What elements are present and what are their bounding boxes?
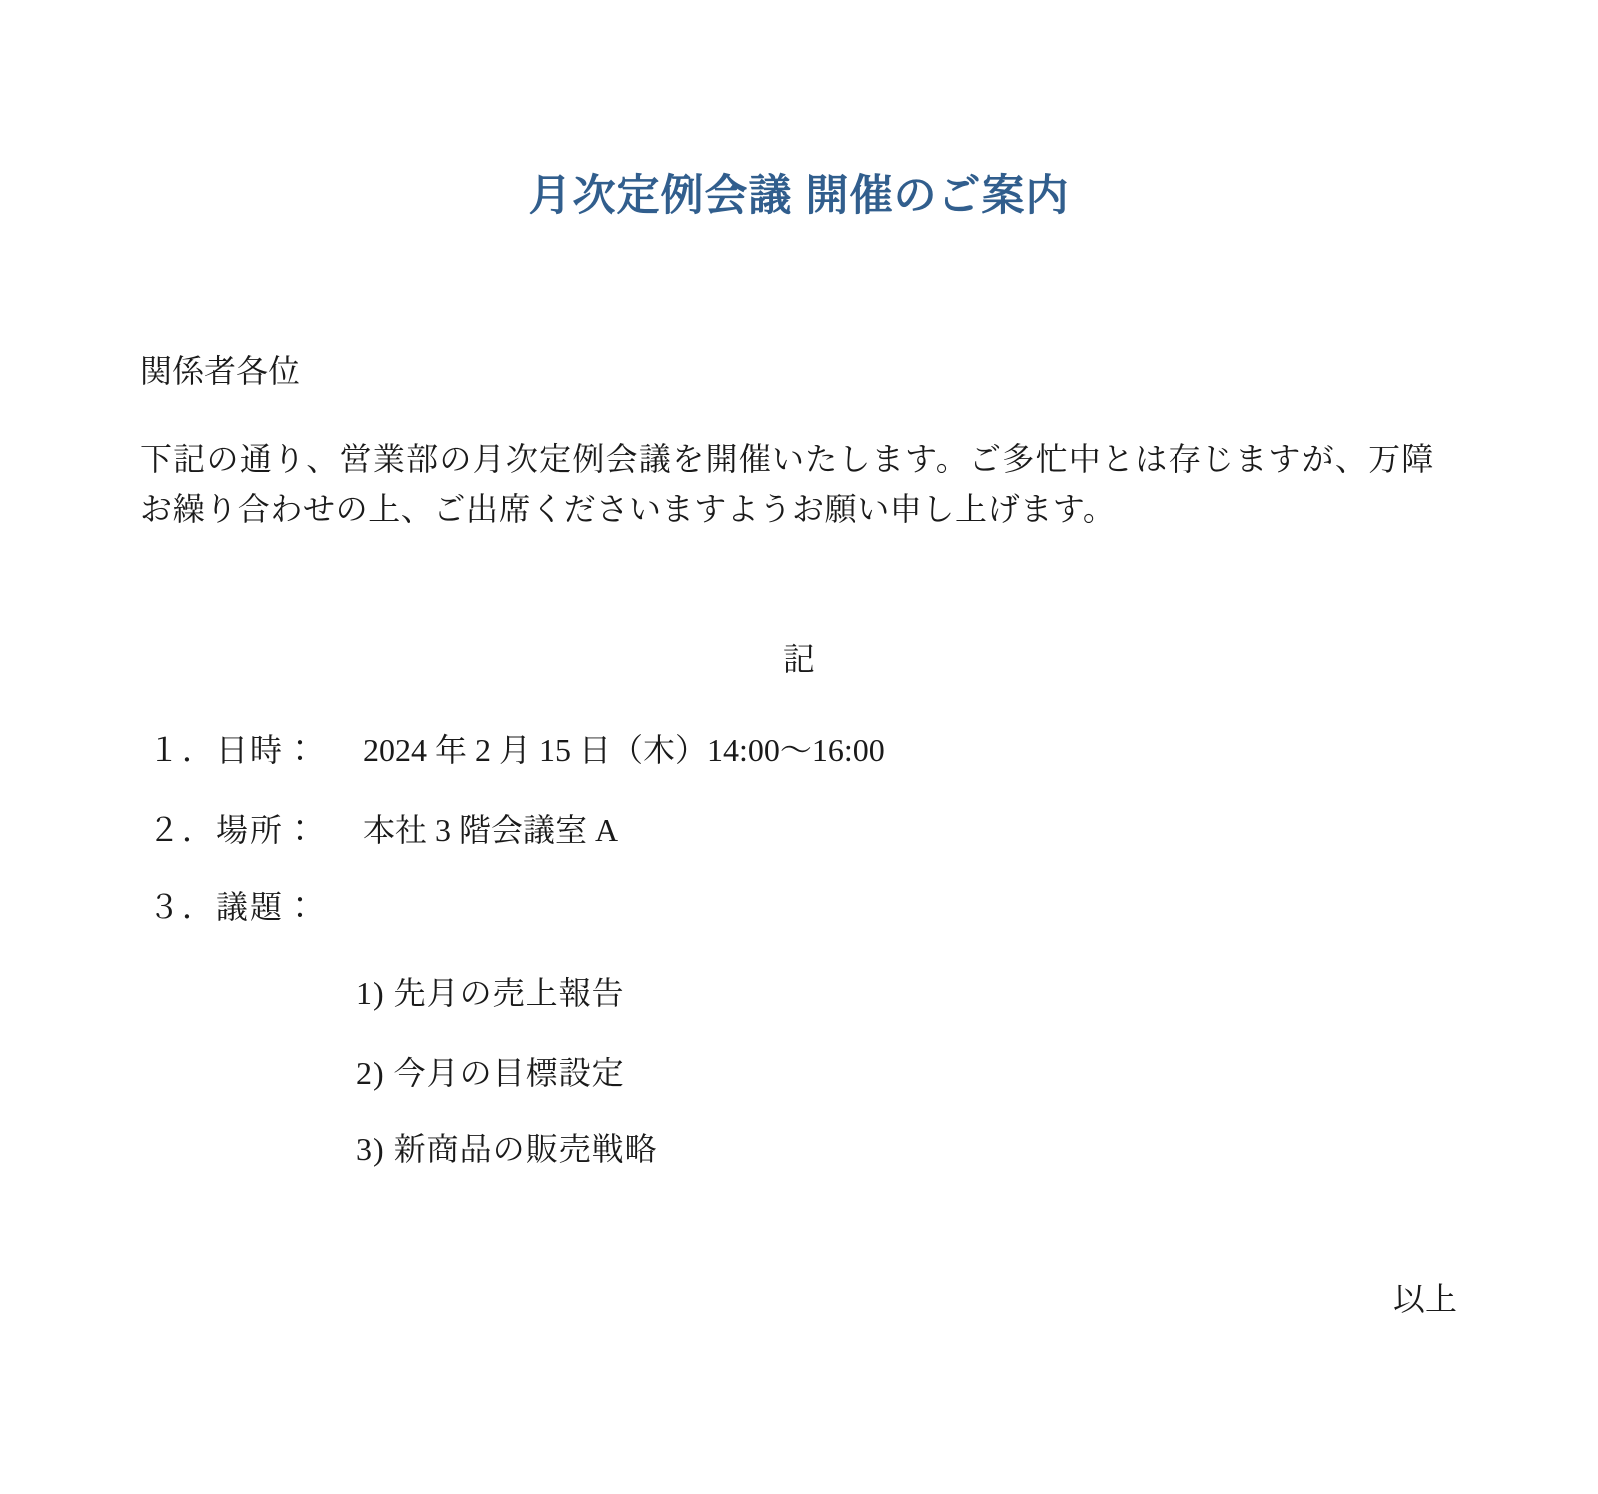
record-marker: 記 [0, 638, 1598, 680]
detail-label-agenda: ３．議題： [148, 886, 363, 928]
body-paragraph: 下記の通り、営業部の月次定例会議を開催いたします。ご多忙中とは存じますが、万障お… [140, 434, 1434, 534]
detail-label-datetime: １．日時： [148, 729, 363, 771]
salutation: 関係者各位 [140, 350, 300, 392]
document-page: 月次定例会議 開催のご案内 関係者各位 下記の通り、営業部の月次定例会議を開催い… [0, 0, 1598, 1494]
agenda-item-1: 1) 先月の売上報告 [356, 972, 625, 1014]
closing-marker: 以上 [1393, 1278, 1457, 1320]
document-title: 月次定例会議 開催のご案内 [0, 170, 1598, 222]
detail-row-location: ２．場所：本社 3 階会議室 A [148, 809, 618, 851]
detail-value-datetime: 2024 年 2 月 15 日（木）14:00～16:00 [363, 732, 885, 768]
agenda-item-2: 2) 今月の目標設定 [356, 1052, 625, 1094]
detail-value-location: 本社 3 階会議室 A [363, 812, 618, 848]
detail-row-datetime: １．日時：2024 年 2 月 15 日（木）14:00～16:00 [148, 729, 885, 771]
detail-label-location: ２．場所： [148, 809, 363, 851]
detail-row-agenda: ３．議題： [148, 886, 363, 928]
agenda-item-3: 3) 新商品の販売戦略 [356, 1128, 658, 1170]
